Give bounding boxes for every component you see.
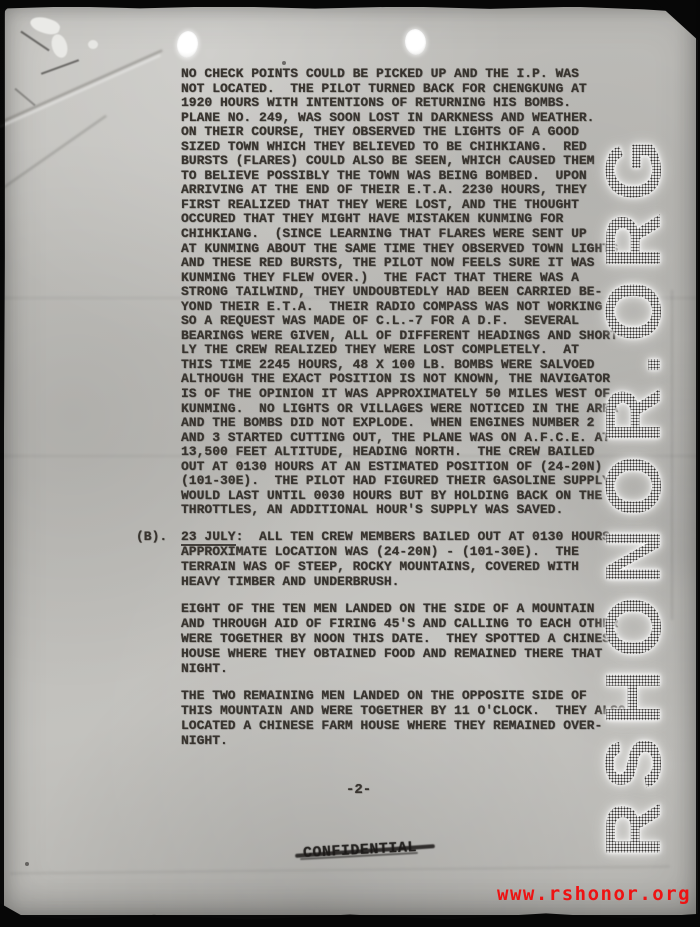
page-number: -2- (346, 783, 371, 798)
scanned-document-page: NO CHECK POINTS COULD BE PICKED UP AND T… (0, 0, 700, 927)
report-paragraph-main: NO CHECK POINTS COULD BE PICKED UP AND T… (181, 67, 626, 518)
torn-paper-bit (88, 40, 98, 49)
section-b-label: (B). (136, 530, 167, 545)
scan-edge-left (0, 0, 5, 430)
scan-edge-right (696, 0, 700, 927)
section-b-first-line-rest: : ALL TEN CREW MEMBERS BAILED OUT AT 013… (236, 529, 618, 544)
ink-speck (25, 862, 29, 866)
website-url-watermark: www.rshonor.org (497, 883, 691, 905)
section-b-paragraph-2: EIGHT OF THE TEN MEN LANDED ON THE SIDE … (181, 602, 618, 677)
section-b-paragraph-3: THE TWO REMAINING MEN LANDED ON THE OPPO… (181, 689, 626, 749)
section-b-first-line: 23 JULY: ALL TEN CREW MEMBERS BAILED OUT… (181, 530, 618, 545)
section-b-paragraph-1: APPROXIMATE LOCATION WAS (24-20N) - (101… (181, 545, 579, 590)
ink-speck (282, 61, 286, 65)
